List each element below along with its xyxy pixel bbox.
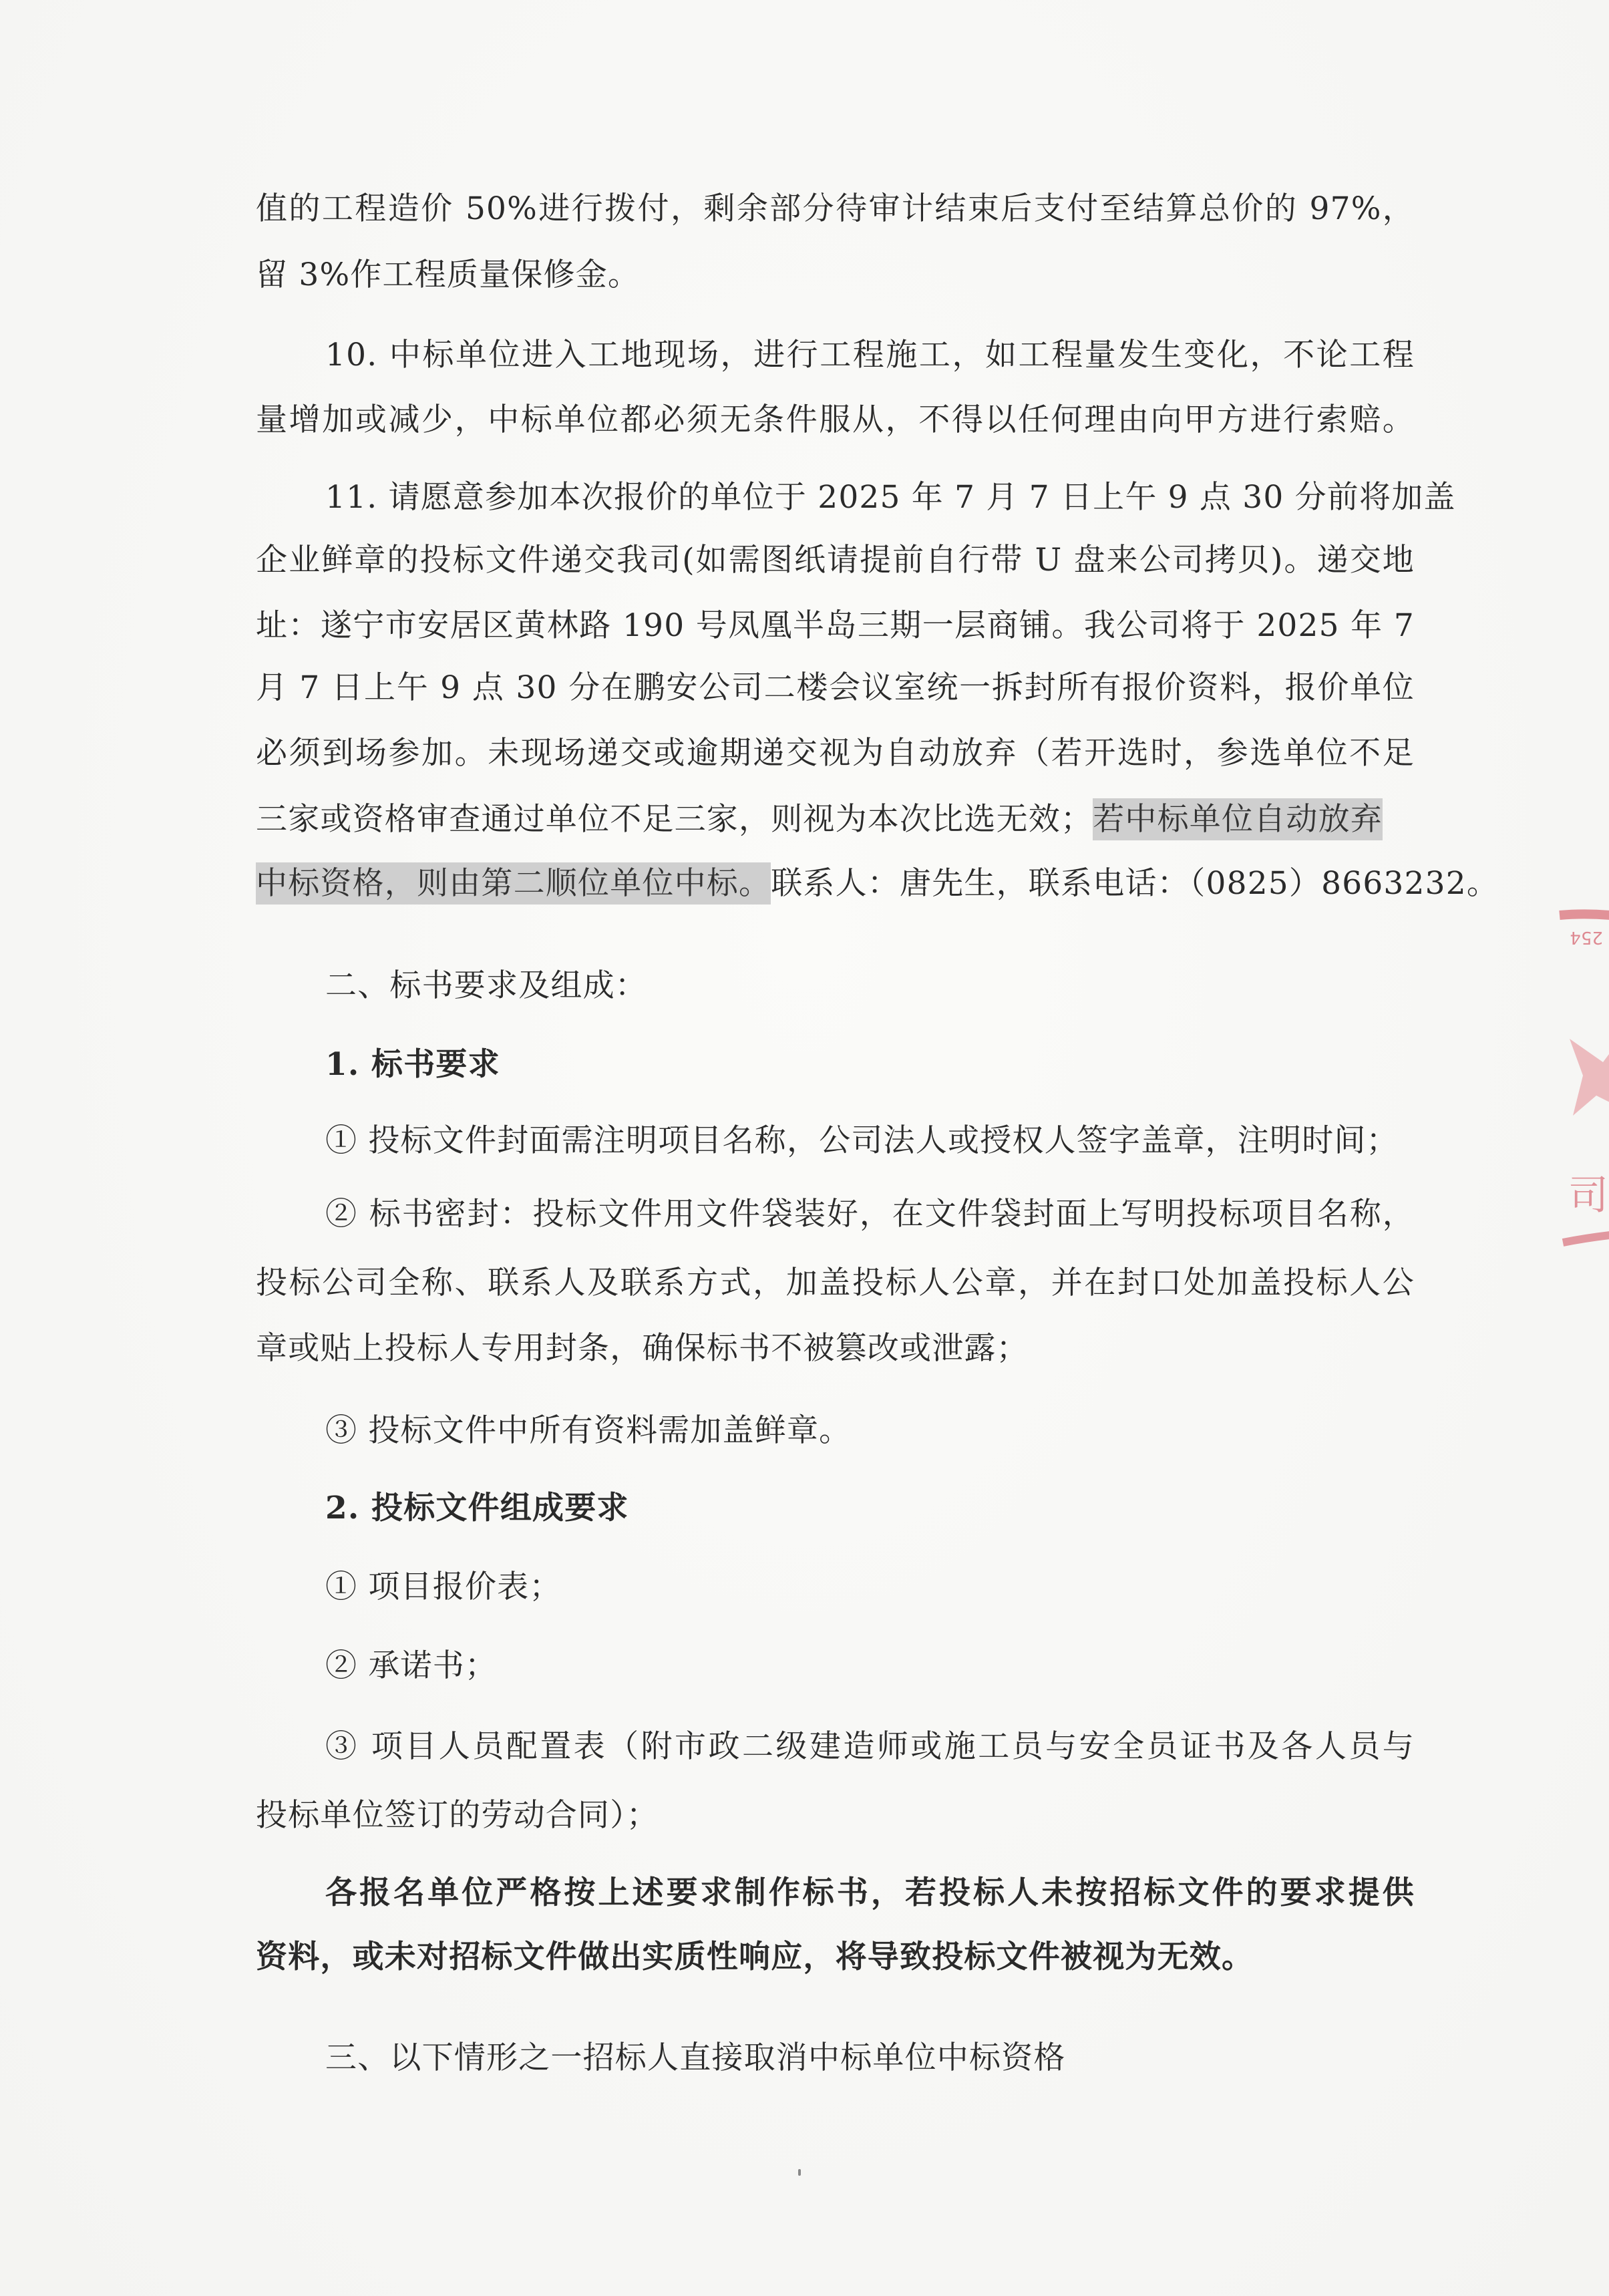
document-page: 值的工程造价 50%进行拨付，剩余部分待审计结束后支付至结算总价的 97%， 留… — [0, 0, 1609, 2296]
clause-11-line: 必须到场参加。未现场递交或逾期递交视为自动放弃（若开选时，参选单位不足 — [256, 733, 1415, 774]
highlighted-text: 中标资格，则由第二顺位单位中标。 — [256, 862, 771, 905]
clause-11-line: 月 7 日上午 9 点 30 分在鹏安公司二楼会议室统一拆封所有报价资料，报价单… — [256, 668, 1415, 708]
svg-text:254: 254 — [1570, 927, 1603, 947]
paragraph-line: 留 3%作工程质量保修金。 — [256, 255, 1415, 295]
contact-text: 联系人：唐先生，联系电话：（0825）8663232。 — [771, 865, 1499, 902]
clause-11-line: 三家或资格审查通过单位不足三家，则视为本次比选无效；若中标单位自动放弃 — [256, 800, 1415, 840]
subsection-1-title: 1. 标书要求 — [325, 1045, 1415, 1085]
scan-speck — [798, 2169, 801, 2176]
requirement-item: ① 投标文件封面需注明项目名称，公司法人或授权人签字盖章，注明时间； — [325, 1121, 1415, 1161]
composition-item: 投标单位签订的劳动合同）； — [256, 1796, 1415, 1836]
requirement-item: 章或贴上投标人专用封条，确保标书不被篡改或泄露； — [256, 1329, 1415, 1369]
clause-10-line: 量增加或减少，中标单位都必须无条件服从，不得以任何理由向甲方进行索赔。 — [256, 400, 1415, 440]
composition-item: ③ 项目人员配置表（附市政二级建造师或施工员与安全员证书及各人员与 — [325, 1727, 1415, 1767]
paragraph-line: 值的工程造价 50%进行拨付，剩余部分待审计结束后支付至结算总价的 97%， — [256, 189, 1415, 229]
clause-11-line: 企业鲜章的投标文件递交我司(如需图纸请提前自行带 U 盘来公司拷贝)。递交地 — [256, 540, 1415, 581]
section-3-heading: 三、以下情形之一招标人直接取消中标单位中标资格 — [325, 2038, 1415, 2078]
note-line: 资料，或未对招标文件做出实质性响应，将导致投标文件被视为无效。 — [256, 1937, 1415, 1977]
clause-11-line: 址：遂宁市安居区黄林路 190 号凤凰半岛三期一层商铺。我公司将于 2025 年… — [256, 606, 1415, 646]
red-seal-stamp: 254 司 — [1556, 895, 1609, 1269]
composition-item: ② 承诺书； — [325, 1646, 1415, 1686]
requirement-item: ② 标书密封：投标文件用文件袋装好，在文件袋封面上写明投标项目名称， — [325, 1194, 1415, 1235]
note-line: 各报名单位严格按上述要求制作标书，若投标人未按招标文件的要求提供 — [325, 1873, 1415, 1913]
svg-text:司: 司 — [1568, 1172, 1608, 1219]
clause-10-line: 10. 中标单位进入工地现场，进行工程施工，如工程量发生变化，不论工程 — [325, 335, 1415, 375]
requirement-item: ③ 投标文件中所有资料需加盖鲜章。 — [325, 1411, 1415, 1451]
clause-text: 三家或资格审查通过单位不足三家，则视为本次比选无效； — [256, 801, 1093, 838]
highlighted-text: 若中标单位自动放弃 — [1093, 798, 1383, 840]
clause-11-line: 11. 请愿意参加本次报价的单位于 2025 年 7 月 7 日上午 9 点 3… — [325, 478, 1415, 518]
requirement-item: 投标公司全称、联系人及联系方式，加盖投标人公章，并在封口处加盖投标人公 — [256, 1263, 1415, 1303]
subsection-2-title: 2. 投标文件组成要求 — [325, 1488, 1415, 1528]
section-2-heading: 二、标书要求及组成： — [325, 966, 1415, 1006]
clause-11-line: 中标资格，则由第二顺位单位中标。联系人：唐先生，联系电话：（0825）86632… — [256, 864, 1415, 904]
composition-item: ① 项目报价表； — [325, 1567, 1415, 1607]
